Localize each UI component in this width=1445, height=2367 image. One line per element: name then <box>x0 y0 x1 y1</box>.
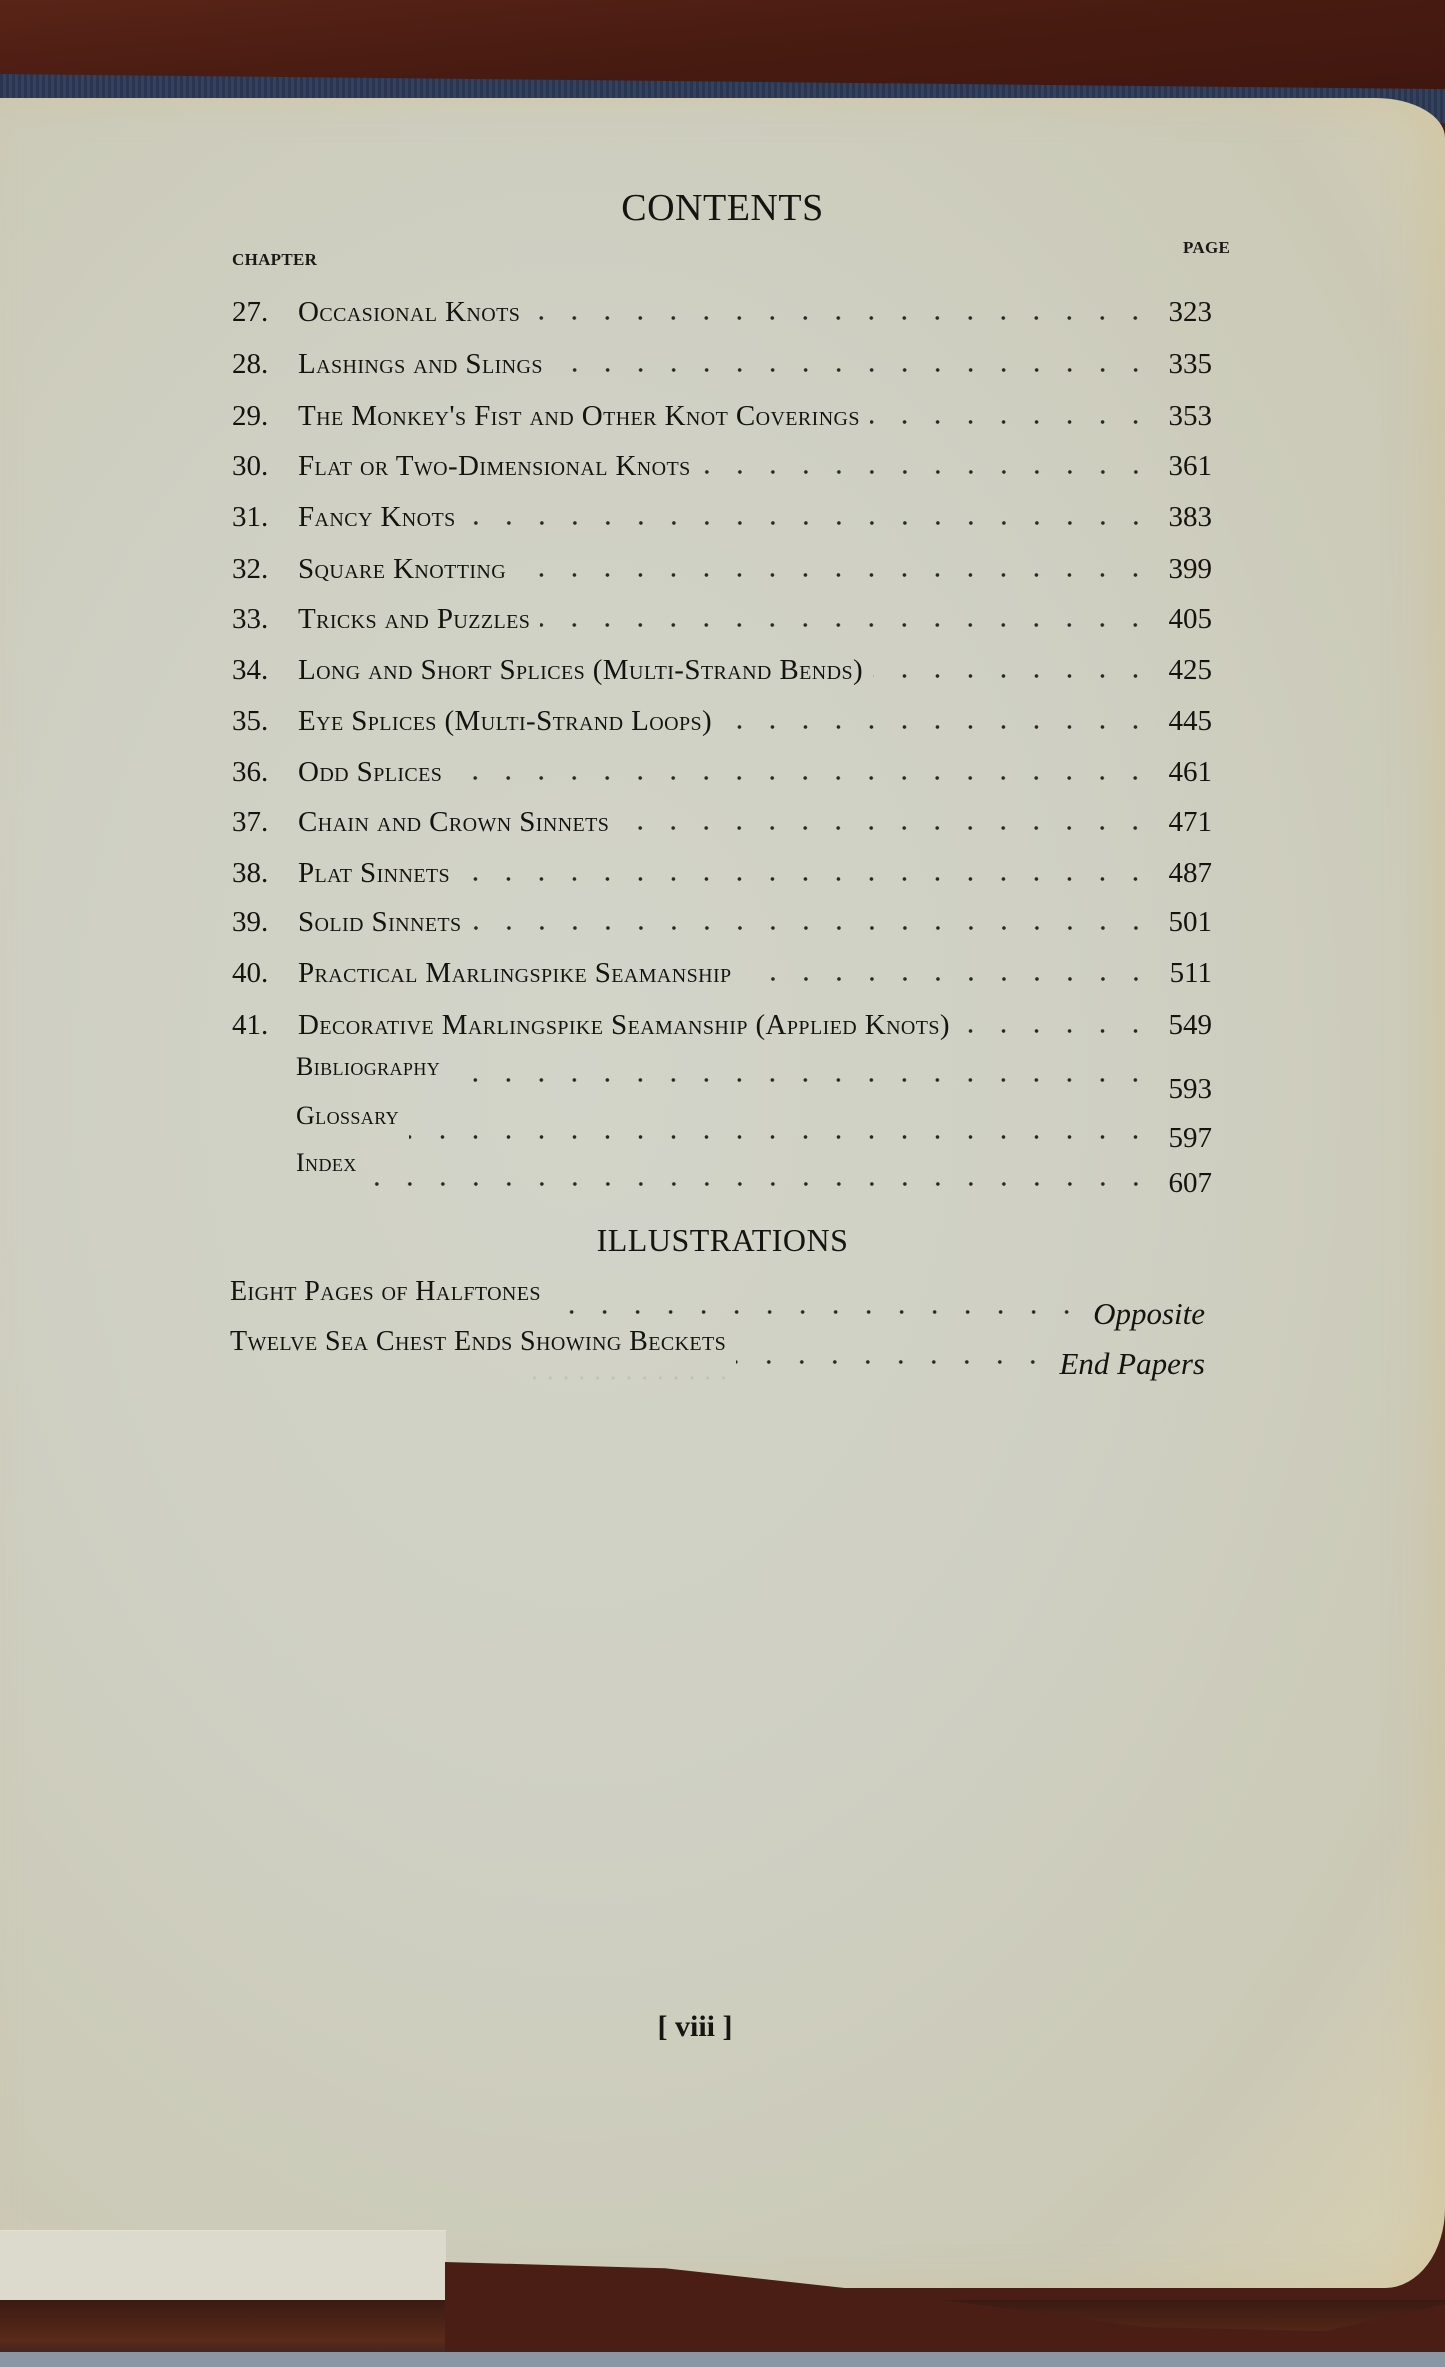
illustrations-heading: ILLUSTRATIONS <box>0 1222 1445 1259</box>
illustration-row: Twelve Sea Chest Ends Showing Beckets En… <box>230 1312 1205 1358</box>
page-number: 461 <box>1162 756 1212 789</box>
page-number: 335 <box>1162 348 1212 381</box>
dot-leader <box>540 623 1152 627</box>
chapter-title: Occasional Knots <box>298 296 520 329</box>
chapter-number: 40. <box>232 957 298 990</box>
chapter-title: Square Knotting <box>298 553 506 586</box>
chapter-title: Long and Short Splices (Multi-Strand Ben… <box>298 654 863 687</box>
dot-leader <box>367 1182 1152 1186</box>
dot-leader <box>736 1360 1049 1364</box>
illustration-title: Eight Pages of Halftones <box>230 1276 541 1308</box>
chapter-title: Chain and Crown Sinnets <box>298 806 609 839</box>
toc-row: 38. Plat Sinnets 487 <box>232 844 1212 890</box>
dot-leader <box>452 776 1152 780</box>
chapter-title: Lashings and Slings <box>298 348 543 381</box>
toc-row: 40. Practical Marlingspike Seamanship 51… <box>232 944 1212 990</box>
back-matter-title: Glossary <box>296 1101 399 1131</box>
toc-row: 27. Occasional Knots 323 <box>232 283 1212 329</box>
chapter-title: Flat or Two-Dimensional Knots <box>298 450 691 483</box>
chapter-title: Tricks and Puzzles <box>298 603 530 636</box>
metal-edge <box>0 2352 1445 2367</box>
chapter-title: The Monkey's Fist and Other Knot Coverin… <box>298 400 860 433</box>
chapter-title: Plat Sinnets <box>298 857 450 890</box>
page-number: 425 <box>1162 654 1212 687</box>
page-number: 399 <box>1162 553 1212 586</box>
dot-leader <box>870 420 1152 424</box>
chapter-title: Practical Marlingspike Seamanship <box>298 957 732 990</box>
show-through-text: · · · · · · · · · · · · · <box>530 1363 728 1394</box>
toc-row: 34. Long and Short Splices (Multi-Strand… <box>232 641 1212 687</box>
toc-row: 35. Eye Splices (Multi-Strand Loops) 445 <box>232 692 1212 738</box>
toc-row-back-matter: Index 607 <box>232 1132 1212 1178</box>
chapter-number: 34. <box>232 654 298 687</box>
chapter-number: 39. <box>232 906 298 939</box>
chapter-title: Eye Splices (Multi-Strand Loops) <box>298 705 712 738</box>
page-folio: [ viii ] <box>0 2010 1390 2044</box>
chapter-number: 35. <box>232 705 298 738</box>
toc-row: 32. Square Knotting 399 <box>232 540 1212 586</box>
dot-leader <box>701 470 1152 474</box>
toc-row: 29. The Monkey's Fist and Other Knot Cov… <box>232 387 1212 433</box>
dot-leader <box>460 877 1152 881</box>
chapter-title: Fancy Knots <box>298 501 456 534</box>
toc-row: 36. Odd Splices 461 <box>232 743 1212 789</box>
page-number: 323 <box>1162 296 1212 329</box>
page-number: 471 <box>1162 806 1212 839</box>
dot-leader <box>873 674 1152 678</box>
toc-row: 33. Tricks and Puzzles 405 <box>232 590 1212 636</box>
chapter-number: 38. <box>232 857 298 890</box>
page-number: 511 <box>1162 957 1212 990</box>
chapter-title: Solid Sinnets <box>298 906 462 939</box>
chapter-number: 30. <box>232 450 298 483</box>
toc-row: 39. Solid Sinnets 501 <box>232 893 1212 939</box>
illustration-row: Eight Pages of Halftones Opposite <box>230 1262 1205 1308</box>
chapter-column-header: CHAPTER <box>232 250 317 270</box>
illustration-title: Twelve Sea Chest Ends Showing Beckets <box>230 1326 726 1358</box>
page-number: 383 <box>1162 501 1212 534</box>
toc-row: 37. Chain and Crown Sinnets 471 <box>232 793 1212 839</box>
paper-slip <box>0 2230 446 2303</box>
page-number: 607 <box>1162 1167 1212 1200</box>
toc-row: 31. Fancy Knots 383 <box>232 488 1212 534</box>
chapter-number: 36. <box>232 756 298 789</box>
page-number: 487 <box>1162 857 1212 890</box>
chapter-title: Odd Splices <box>298 756 442 789</box>
chapter-number: 32. <box>232 553 298 586</box>
toc-row-back-matter: Glossary 597 <box>232 1085 1212 1131</box>
dot-leader <box>742 977 1152 981</box>
page-number: 445 <box>1162 705 1212 738</box>
chapter-number: 27. <box>232 296 298 329</box>
toc-row-back-matter: Bibliography 593 <box>232 1036 1212 1082</box>
back-matter-title: Index <box>296 1148 357 1178</box>
page-number: 353 <box>1162 400 1212 433</box>
back-matter-title: Bibliography <box>296 1052 440 1082</box>
dot-leader <box>960 1029 1152 1033</box>
dot-leader <box>450 1078 1152 1082</box>
contents-heading: CONTENTS <box>0 186 1445 230</box>
dot-leader <box>466 521 1152 525</box>
chapter-number: 28. <box>232 348 298 381</box>
page-column-header: PAGE <box>1183 238 1230 258</box>
chapter-number: 29. <box>232 400 298 433</box>
chapter-number: 37. <box>232 806 298 839</box>
dot-leader <box>472 926 1152 930</box>
chapter-number: 33. <box>232 603 298 636</box>
dot-leader <box>516 573 1152 577</box>
illustration-location: End Papers <box>1059 1346 1205 1382</box>
page-number: 361 <box>1162 450 1212 483</box>
chapter-number: 31. <box>232 501 298 534</box>
dot-leader <box>530 316 1152 320</box>
page-number: 501 <box>1162 906 1212 939</box>
page-number: 405 <box>1162 603 1212 636</box>
toc-row: 30. Flat or Two-Dimensional Knots 361 <box>232 437 1212 483</box>
dot-leader <box>722 725 1152 729</box>
dot-leader <box>619 826 1152 830</box>
toc-row: 28. Lashings and Slings 335 <box>232 335 1212 381</box>
dot-leader <box>553 368 1152 372</box>
